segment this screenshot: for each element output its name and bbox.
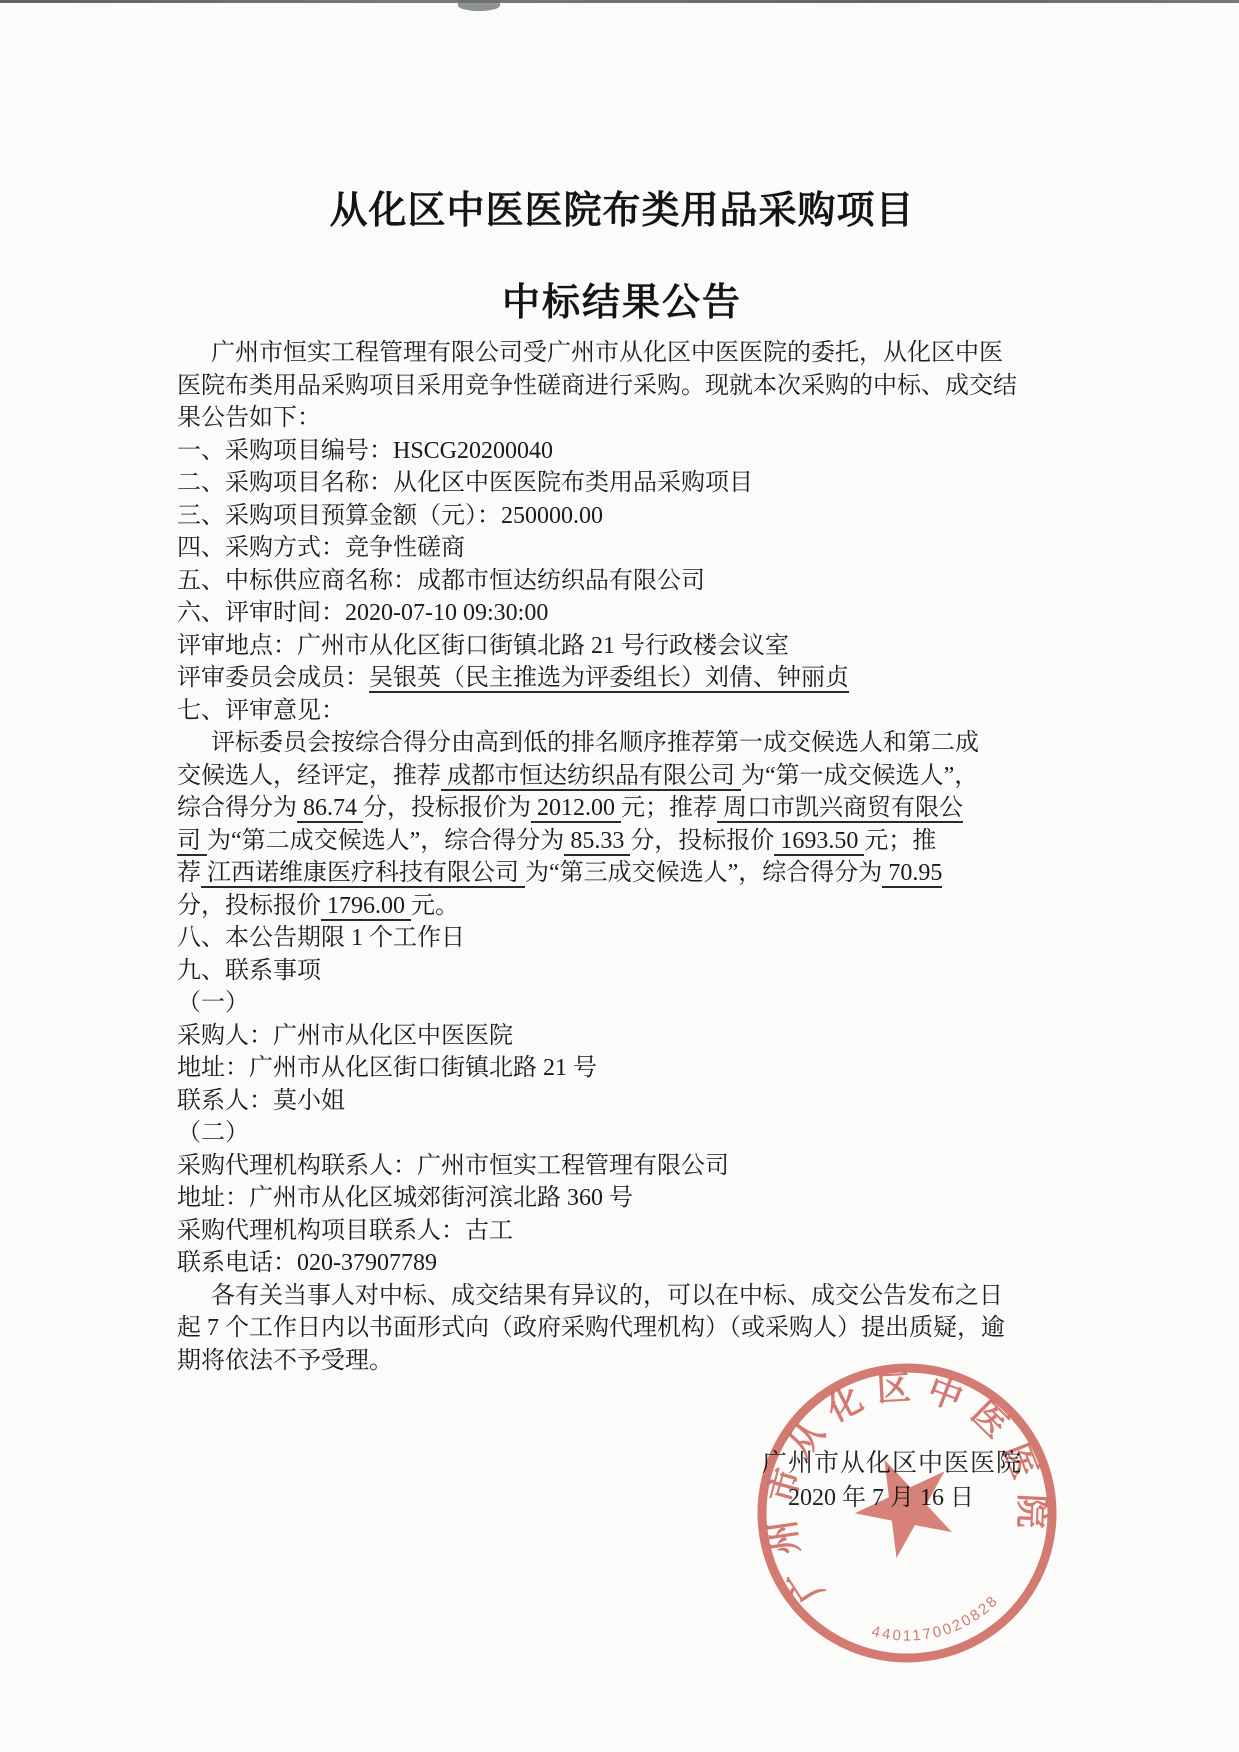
text-run: 六、评审时间：2020-07-10 09:30:00 (177, 600, 548, 626)
document-line: 五、中标供应商名称：成都市恒达纺织品有限公司 (177, 565, 1072, 598)
document-line: 司 为“第二成交候选人”，综合得分为 85.33 分，投标报价 1693.50 … (177, 825, 1072, 858)
text-run: 七、评审意见： (177, 698, 345, 724)
text-run: 三、采购项目预算金额（元）：250000.00 (177, 503, 603, 529)
text-run: 评审委员会成员： (177, 665, 369, 691)
signature-date: 2020 年 7 月 16 日 (788, 1477, 974, 1512)
text-run: 为“第二成交候选人”，综合得分为 (207, 828, 564, 854)
document-line: 分，投标报价 1796.00 元。 (177, 890, 1072, 923)
text-run: 元。 (411, 893, 459, 919)
text-run: 采购人：广州市从化区中医医院 (177, 1023, 513, 1049)
document-line: 综合得分为 86.74 分，投标报价为 2012.00 元；推荐 周口市凯兴商贸… (177, 792, 1072, 825)
document-line: 四、采购方式：竞争性磋商 (177, 532, 1072, 565)
text-run: 广州市恒实工程管理有限公司受广州市从化区中医医院的委托，从化区中医 (211, 340, 1003, 366)
document-line: 八、本公告期限 1 个工作日 (177, 922, 1072, 955)
text-run: （一） (177, 990, 249, 1016)
text-run: 四、采购方式：竞争性磋商 (177, 535, 465, 561)
document-line: 评审地点：广州市从化区街口街镇北路 21 号行政楼会议室 (177, 630, 1072, 663)
text-run: 联系人：莫小姐 (177, 1088, 345, 1114)
text-run: 二、采购项目名称：从化区中医医院布类用品采购项目 (177, 470, 753, 496)
document-line: 九、联系事项 (177, 955, 1072, 988)
text-run: 五、中标供应商名称：成都市恒达纺织品有限公司 (177, 568, 705, 594)
text-run: （二） (177, 1120, 249, 1146)
stamp-serial-number: 4401170020828 (866, 1589, 1007, 1657)
document-line: 联系人：莫小姐 (177, 1085, 1072, 1118)
document-line: 地址：广州市从化区街口街镇北路 21 号 (177, 1052, 1072, 1085)
underlined-text: 成都市恒达纺织品有限公司 (441, 763, 741, 791)
signature-organization: 广州市从化区中医医院 (762, 1443, 1022, 1479)
document-line: 荐 江西诺维康医疗科技有限公司 为“第三成交候选人”，综合得分为 70.95 (177, 857, 1072, 890)
document-line: （二） (177, 1117, 1072, 1150)
text-run: 分，投标报价 (630, 828, 774, 854)
text-run: 八、本公告期限 1 个工作日 (177, 925, 465, 951)
underlined-text: 2012.00 (531, 795, 621, 823)
document-line: 联系电话：020-37907789 (177, 1247, 1072, 1280)
text-run: 九、联系事项 (177, 958, 321, 984)
text-run: 地址：广州市从化区城郊街河滨北路 360 号 (177, 1185, 633, 1211)
scanned-document-page: 从化区中医医院布类用品采购项目 中标结果公告 广州市恒实工程管理有限公司受广州市… (0, 0, 1239, 1752)
underlined-text: 周口市凯兴商贸有限公 (717, 795, 963, 823)
underlined-text: 吴银英（民主推选为评委组长）刘倩、钟丽贞 (369, 665, 849, 693)
document-title: 从化区中医医院布类用品采购项目 (177, 179, 1067, 234)
stamp-ring (752, 1358, 1062, 1668)
document-line: 三、采购项目预算金额（元）：250000.00 (177, 500, 1072, 533)
underlined-text: 86.74 (297, 795, 363, 823)
text-run: 采购代理机构项目联系人：古工 (177, 1218, 513, 1244)
document-line: 采购代理机构项目联系人：古工 (177, 1215, 1072, 1248)
text-run: 一、采购项目编号：HSCG20200040 (177, 438, 553, 464)
document-line: 采购代理机构联系人：广州市恒实工程管理有限公司 (177, 1150, 1072, 1183)
document-line: 期将依法不予受理。 (177, 1345, 1072, 1378)
text-run: 为“第一成交候选人”， (741, 763, 978, 789)
text-run: 各有关当事人对中标、成交结果有异议的，可以在中标、成交公告发布之日 (211, 1283, 1003, 1309)
document-line: 评审委员会成员：吴银英（民主推选为评委组长）刘倩、钟丽贞 (177, 662, 1072, 695)
text-run: 评审地点：广州市从化区街口街镇北路 21 号行政楼会议室 (177, 633, 789, 659)
scan-blob-artifact (458, 0, 500, 11)
underlined-text: 85.33 (564, 828, 630, 856)
document-line: 起 7 个工作日内以书面形式向（政府采购代理机构）（或采购人）提出质疑，逾 (177, 1312, 1072, 1345)
document-line: 交候选人，经评定，推荐 成都市恒达纺织品有限公司 为“第一成交候选人”， (177, 760, 1072, 793)
document-line: 六、评审时间：2020-07-10 09:30:00 (177, 597, 1072, 630)
scan-edge-artifact (0, 0, 1239, 3)
text-run: 分，投标报价 (177, 893, 321, 919)
text-run: 分，投标报价为 (363, 795, 531, 821)
text-run: 地址：广州市从化区街口街镇北路 21 号 (177, 1055, 597, 1081)
text-run: 医院布类用品采购项目采用竞争性磋商进行采购。现就本次采购的中标、成交结 (177, 373, 1017, 399)
document-line: 医院布类用品采购项目采用竞争性磋商进行采购。现就本次采购的中标、成交结 (177, 370, 1072, 403)
document-line: 地址：广州市从化区城郊街河滨北路 360 号 (177, 1182, 1072, 1215)
text-run: 元；推 (864, 828, 936, 854)
underlined-text: 江西诺维康医疗科技有限公司 (201, 860, 525, 888)
document-line: 采购人：广州市从化区中医医院 (177, 1020, 1072, 1053)
text-run: 果公告如下： (177, 405, 321, 431)
document-line: （一） (177, 987, 1072, 1020)
text-run: 联系电话：020-37907789 (177, 1250, 437, 1276)
text-run: 起 7 个工作日内以书面形式向（政府采购代理机构）（或采购人）提出质疑，逾 (177, 1315, 1005, 1341)
underlined-text: 1693.50 (774, 828, 864, 856)
document-line: 七、评审意见： (177, 695, 1072, 728)
document-subtitle: 中标结果公告 (177, 271, 1067, 326)
underlined-text: 70.95 (882, 860, 942, 888)
text-run: 期将依法不予受理。 (177, 1348, 393, 1374)
underlined-text: 1796.00 (321, 893, 411, 921)
document-line: 广州市恒实工程管理有限公司受广州市从化区中医医院的委托，从化区中医 (177, 337, 1072, 370)
text-run: 交候选人，经评定，推荐 (177, 763, 441, 789)
text-run: 综合得分为 (177, 795, 297, 821)
text-run: 为“第三成交候选人”，综合得分为 (525, 860, 882, 886)
text-run: 元；推荐 (621, 795, 717, 821)
document-line: 二、采购项目名称：从化区中医医院布类用品采购项目 (177, 467, 1072, 500)
document-line: 一、采购项目编号：HSCG20200040 (177, 435, 1072, 468)
underlined-text: 司 (177, 828, 207, 856)
document-line: 各有关当事人对中标、成交结果有异议的，可以在中标、成交公告发布之日 (177, 1280, 1072, 1313)
text-run: 荐 (177, 860, 201, 886)
document-line: 评标委员会按综合得分由高到低的排名顺序推荐第一成交候选人和第二成 (177, 727, 1072, 760)
document-body: 广州市恒实工程管理有限公司受广州市从化区中医医院的委托，从化区中医医院布类用品采… (177, 337, 1072, 1377)
text-run: 采购代理机构联系人：广州市恒实工程管理有限公司 (177, 1153, 729, 1179)
official-red-stamp: 广州市从化区中医医院 4401170020828 (752, 1358, 1062, 1668)
document-line: 果公告如下： (177, 402, 1072, 435)
text-run: 评标委员会按综合得分由高到低的排名顺序推荐第一成交候选人和第二成 (211, 730, 979, 756)
